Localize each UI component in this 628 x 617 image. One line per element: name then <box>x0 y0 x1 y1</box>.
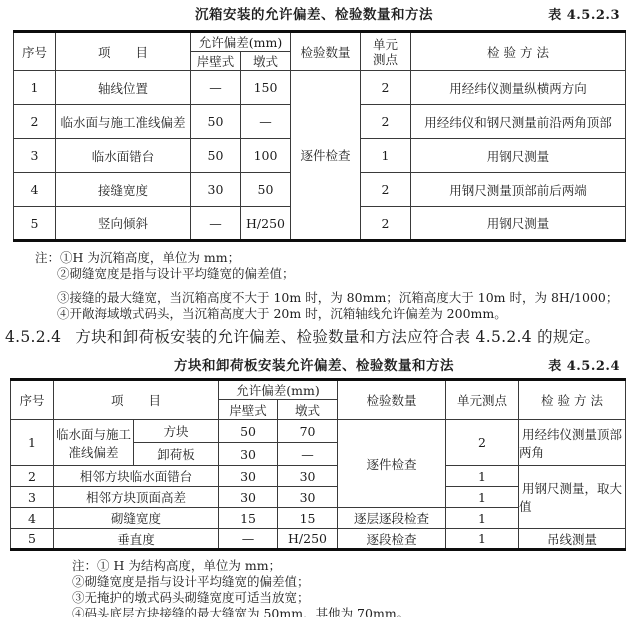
cell-quay: 30 <box>219 466 278 487</box>
table-4523-title-row: 沉箱安装的允许偏差、检验数量和方法 表 4.5.2.3 <box>6 6 622 25</box>
cell-seq: 4 <box>14 173 56 207</box>
cell-item: 轴线位置 <box>56 71 191 105</box>
caisson-install-tolerance-table: 序号 项 目 允许偏差(mm) 检验数量 单元 测点 检 验 方 法 岸壁式 墩… <box>13 30 626 242</box>
cell-unit: 1 <box>446 529 519 550</box>
cell-pier: 150 <box>241 71 291 105</box>
cell-unit: 1 <box>446 487 519 508</box>
cell-quantity: 逐段检查 <box>338 529 446 550</box>
cell-quay: — <box>191 71 241 105</box>
table-4524-title-row: 方块和卸荷板安装允许偏差、检验数量和方法 表 4.5.2.4 <box>6 357 622 376</box>
table-4524-number: 表 4.5.2.4 <box>548 357 620 376</box>
cell-unit: 2 <box>361 105 411 139</box>
header-quay-wall: 岸壁式 <box>191 52 241 71</box>
cell-quay: — <box>191 207 241 241</box>
header-pier: 墩式 <box>241 52 291 71</box>
note-line: ③无掩护的墩式码头砌缝宽度可适当放宽； <box>52 590 628 606</box>
cell-item: 接缝宽度 <box>56 173 191 207</box>
header-quantity: 检验数量 <box>338 380 446 420</box>
note-line: ④码头底层方块接缝的最大缝宽为 50mm，其他为 70mm。 <box>52 606 628 617</box>
cell-subitem: 卸荷板 <box>134 443 219 466</box>
cell-pier: 50 <box>241 173 291 207</box>
cell-item: 相邻方块临水面错台 <box>54 466 219 487</box>
cell-seq: 2 <box>11 466 54 487</box>
note-line: ②砌缝宽度是指与设计平均缝宽的偏差值； <box>52 574 628 590</box>
cell-method: 吊线测量 <box>519 529 626 550</box>
cell-quantity-merged: 逐件检查 <box>338 420 446 508</box>
header-quantity: 检验数量 <box>291 32 361 71</box>
table-row: 5 垂直度 — H/250 逐段检查 1 吊线测量 <box>11 529 626 550</box>
cell-unit: 1 <box>446 466 519 487</box>
header-method: 检 验 方 法 <box>519 380 626 420</box>
cell-quay: 30 <box>191 173 241 207</box>
cell-item: 垂直度 <box>54 529 219 550</box>
header-seq: 序号 <box>14 32 56 71</box>
cell-item: 砌缝宽度 <box>54 508 219 529</box>
cell-item: 临水面错台 <box>56 139 191 173</box>
table-4524-title: 方块和卸荷板安装允许偏差、检验数量和方法 <box>6 357 622 376</box>
header-unit-points: 单元测点 <box>446 380 519 420</box>
clause-4524-paragraph: 4.5.2.4方块和卸荷板安装的允许偏差、检验数量和方法应符合表 4.5.2.4… <box>5 327 623 348</box>
cell-pier: 30 <box>278 466 338 487</box>
header-tolerance: 允许偏差(mm) <box>191 32 291 52</box>
cell-pier: — <box>278 443 338 466</box>
cell-method: 用钢尺测量 <box>411 139 626 173</box>
note-line: ②砌缝宽度是指与设计平均缝宽的偏差值； <box>35 266 628 282</box>
cell-unit: 2 <box>361 207 411 241</box>
cell-method-merged: 用经纬仪测量顶部两角 <box>519 420 626 466</box>
cell-unit: 1 <box>361 139 411 173</box>
cell-unit: 2 <box>446 420 519 466</box>
cell-subitem: 方块 <box>134 420 219 443</box>
cell-pier: H/250 <box>278 529 338 550</box>
table-row: 2 相邻方块临水面错台 30 30 1 用钢尺测量，取大值 <box>11 466 626 487</box>
cell-quay: 50 <box>191 139 241 173</box>
cell-pier: 15 <box>278 508 338 529</box>
cell-method: 用经纬仪和钢尺测量前沿两角顶部 <box>411 105 626 139</box>
header-item: 项 目 <box>56 32 191 71</box>
header-unit-line1: 单元 <box>361 37 410 52</box>
cell-quay: 50 <box>219 420 278 443</box>
cell-quay: — <box>219 529 278 550</box>
table-4523-notes: 注：①H 为沉箱高度，单位为 mm； ②砌缝宽度是指与设计平均缝宽的偏差值； ③… <box>35 250 628 322</box>
clause-text: 方块和卸荷板安装的允许偏差、检验数量和方法应符合表 4.5.2.4 的规定。 <box>75 328 600 346</box>
header-seq: 序号 <box>11 380 54 420</box>
header-row-1: 序号 项 目 允许偏差(mm) 检验数量 单元 测点 检 验 方 法 <box>14 32 626 52</box>
cell-pier: 100 <box>241 139 291 173</box>
header-quay-wall: 岸壁式 <box>219 400 278 420</box>
header-tolerance: 允许偏差(mm) <box>219 380 338 400</box>
cell-item: 临水面与施工准线偏差 <box>56 105 191 139</box>
cell-seq: 3 <box>14 139 56 173</box>
document-page: 沉箱安装的允许偏差、检验数量和方法 表 4.5.2.3 序号 项 目 允许偏差(… <box>0 0 628 617</box>
cell-quantity: 逐层逐段检查 <box>338 508 446 529</box>
notes-label: 注： <box>72 558 97 573</box>
cell-quay: 50 <box>191 105 241 139</box>
cell-pier: 70 <box>278 420 338 443</box>
cell-quay: 30 <box>219 487 278 508</box>
notes-label: 注： <box>35 250 60 265</box>
header-row-1: 序号 项 目 允许偏差(mm) 检验数量 单元测点 检 验 方 法 <box>11 380 626 400</box>
cell-pier: — <box>241 105 291 139</box>
cell-quay: 30 <box>219 443 278 466</box>
block-relief-slab-tolerance-table: 序号 项 目 允许偏差(mm) 检验数量 单元测点 检 验 方 法 岸壁式 墩式… <box>10 378 626 551</box>
table-4523-title: 沉箱安装的允许偏差、检验数量和方法 <box>6 6 622 25</box>
note-line: 注：①H 为沉箱高度，单位为 mm； <box>35 250 628 266</box>
cell-seq: 1 <box>14 71 56 105</box>
cell-seq: 1 <box>11 420 54 466</box>
cell-pier: H/250 <box>241 207 291 241</box>
cell-item-merged: 临水面与施工准线偏差 <box>54 420 134 466</box>
cell-method: 用钢尺测量顶部前后两端 <box>411 173 626 207</box>
cell-seq: 2 <box>14 105 56 139</box>
cell-unit: 1 <box>446 508 519 529</box>
note-line: 注：① H 为结构高度，单位为 mm； <box>52 558 628 574</box>
header-item: 项 目 <box>54 380 219 420</box>
cell-seq: 5 <box>11 529 54 550</box>
cell-seq: 3 <box>11 487 54 508</box>
cell-unit: 2 <box>361 173 411 207</box>
header-pier: 墩式 <box>278 400 338 420</box>
note-text: ① H 为结构高度，单位为 mm； <box>97 558 281 573</box>
cell-seq: 4 <box>11 508 54 529</box>
cell-unit: 2 <box>361 71 411 105</box>
cell-method: 用经纬仪测量纵横两方向 <box>411 71 626 105</box>
cell-seq: 5 <box>14 207 56 241</box>
note-line: ④开敞海域墩式码头，当沉箱高度大于 20m 时，沉箱轴线允许偏差为 200mm。 <box>35 306 628 322</box>
table-4524-notes: 注：① H 为结构高度，单位为 mm； ②砌缝宽度是指与设计平均缝宽的偏差值； … <box>52 558 628 617</box>
cell-pier: 30 <box>278 487 338 508</box>
note-line: ③接缝的最大缝宽，当沉箱高度不大于 10m 时，为 80mm；沉箱高度大于 10… <box>35 290 628 306</box>
cell-item: 竖向倾斜 <box>56 207 191 241</box>
cell-item: 相邻方块顶面高差 <box>54 487 219 508</box>
cell-quay: 15 <box>219 508 278 529</box>
note-text: ①H 为沉箱高度，单位为 mm； <box>60 250 240 265</box>
table-4523-number: 表 4.5.2.3 <box>548 6 620 25</box>
table-row: 1 轴线位置 — 150 逐件检查 2 用经纬仪测量纵横两方向 <box>14 71 626 105</box>
cell-method: 用钢尺测量 <box>411 207 626 241</box>
header-method: 检 验 方 法 <box>411 32 626 71</box>
table-row: 1 临水面与施工准线偏差 方块 50 70 逐件检查 2 用经纬仪测量顶部两角 <box>11 420 626 443</box>
cell-quantity-merged: 逐件检查 <box>291 71 361 241</box>
header-unit-points: 单元 测点 <box>361 32 411 71</box>
header-unit-line2: 测点 <box>361 52 410 67</box>
cell-method-merged: 用钢尺测量，取大值 <box>519 466 626 529</box>
clause-number: 4.5.2.4 <box>5 328 61 346</box>
